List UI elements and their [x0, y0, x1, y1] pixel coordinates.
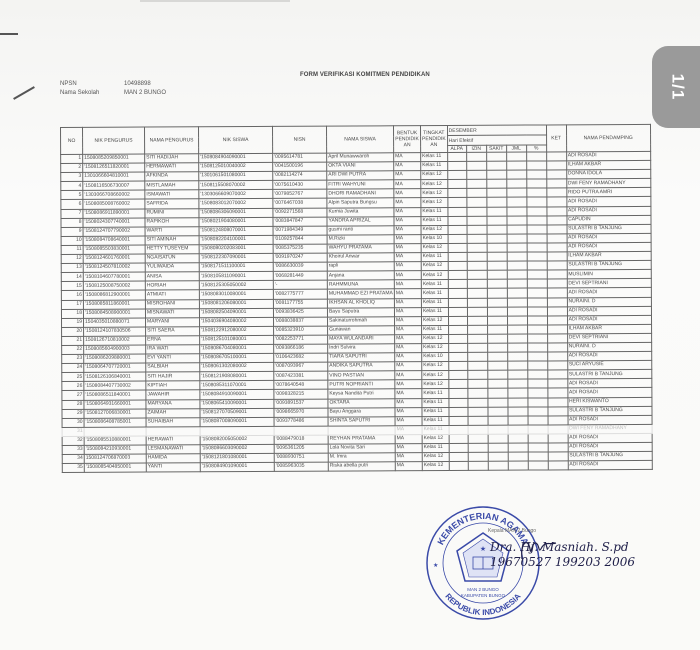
cell-tingkat: Kelas 12: [422, 453, 449, 462]
attendance-cell: [546, 170, 566, 179]
cell-nik-pengurus: 1508126710810002: [84, 336, 146, 345]
header-sakit: SAKIT: [486, 145, 506, 152]
attendance-cell: [468, 443, 488, 452]
attendance-cell: [448, 380, 467, 389]
cell-bentuk: MA: [394, 298, 421, 307]
attendance-cell: [467, 352, 487, 361]
cell-tingkat: Kelas 12: [422, 371, 449, 380]
cell-nisn: '0075610430: [273, 180, 327, 189]
attendance-cell: [507, 316, 527, 325]
cell-tingkat: Kelas 11: [421, 162, 448, 171]
header-hari-efektif: Hari Efektif: [447, 135, 546, 146]
attendance-cell: [487, 325, 507, 334]
pen-mark: [0, 33, 18, 35]
cell-nama-siswa: SHINTA SAPUTRI: [328, 416, 395, 425]
cell-nik-siswa: '1508125305050002: [199, 281, 273, 290]
cell-nama-pengurus: WARTI: [145, 227, 199, 236]
cell-nik-siswa: '1508065410090001: [200, 399, 274, 408]
cell-pendamping: CAPUDIN: [567, 215, 651, 225]
cell-nama-siswa: Khoirul Anwar: [327, 253, 394, 262]
attendance-cell: [507, 243, 527, 252]
attendance-cell: [468, 434, 488, 443]
cell-nama-pengurus: MISTLAMAH: [145, 181, 199, 190]
cell-nik-pengurus: '1508085510880001: [84, 436, 146, 445]
attendance-cell: [448, 389, 467, 398]
cell-nik-siswa: '1504036904080002: [199, 317, 273, 326]
attendance-cell: [546, 179, 566, 188]
cell-nama-pengurus: SITI HADIJAH: [145, 154, 199, 163]
cell-nik-siswa: '1508087008090001: [200, 417, 274, 426]
attendance-cell: [467, 261, 487, 270]
cell-nama-siswa: Anjana: [327, 271, 394, 280]
attendance-cell: [506, 161, 526, 170]
attendance-cell: [546, 152, 566, 161]
cell-bentuk: MA: [395, 334, 422, 343]
attendance-cell: [487, 225, 507, 234]
cell-no: 5: [61, 191, 83, 200]
cell-no: 12: [61, 254, 83, 263]
attendance-cell: [449, 434, 468, 443]
attendance-cell: [467, 298, 487, 307]
cell-bentuk: MA: [395, 407, 422, 416]
attendance-cell: [487, 370, 507, 379]
cell-nik-pengurus: '1508124601760001: [83, 254, 145, 263]
attendance-cell: [487, 343, 507, 352]
attendance-cell: [547, 288, 567, 297]
cell-pendamping: NURAINI. D: [567, 342, 651, 352]
cell-no: 34: [62, 454, 84, 463]
attendance-cell: [547, 306, 567, 315]
cell-bentuk: MA: [395, 362, 422, 371]
header-bentuk-pendidikan: BENTUK PENDIDIK AN: [393, 126, 420, 153]
cell-nama-siswa: Riska abella putri: [328, 462, 395, 471]
cell-bentuk: MA: [394, 253, 421, 262]
cell-nama-siswa: YANDRA APRIZAL: [327, 216, 394, 225]
cell-tingkat: Kelas 11: [422, 389, 449, 398]
cell-nama-siswa: PUTRI NOPRIANTI: [328, 380, 395, 389]
cell-nik-siswa: '1508125010040002: [199, 162, 273, 171]
cell-nisn: '-: [273, 280, 327, 289]
attendance-cell: [467, 270, 487, 279]
cell-nama-pengurus: ANISA: [145, 272, 199, 281]
attendance-cell: [468, 425, 488, 434]
attendance-cell: [487, 307, 507, 316]
attendance-cell: [448, 316, 467, 325]
cell-nik-pengurus: '1508064931660001: [84, 400, 146, 409]
attendance-cell: [507, 298, 527, 307]
cell-pendamping: ADI ROSADI: [567, 306, 651, 316]
cell-tingkat: Kelas 12: [422, 334, 449, 343]
cell-nama-siswa: VINO PASTIAN: [328, 371, 395, 380]
attendance-cell: [447, 198, 466, 207]
cell-nama-siswa: Keysa Nandita Putri: [328, 389, 395, 398]
attendance-cell: [467, 234, 487, 243]
cell-bentuk: MA: [395, 353, 422, 362]
header-tingkat-pendidikan: TINGKAT PENDIDIK AN: [420, 125, 447, 152]
cell-no: 3: [61, 173, 83, 182]
attendance-cell: [547, 270, 567, 279]
attendance-cell: [548, 452, 568, 461]
cell-nik-siswa: '1508105811090001: [199, 272, 273, 281]
attendance-cell: [448, 243, 467, 252]
cell-nik-pengurus: '1508116506730007: [83, 181, 145, 190]
cell-tingkat: Kelas 11: [421, 298, 448, 307]
header-nik-siswa: NIK SISWA: [199, 126, 273, 153]
cell-tingkat: Kelas 12: [421, 171, 448, 180]
attendance-cell: [467, 334, 487, 343]
cell-bentuk: MA: [394, 180, 421, 189]
attendance-cell: [528, 461, 548, 470]
cell-no: 21: [62, 336, 84, 345]
attendance-cell: [467, 389, 487, 398]
attendance-cell: [507, 343, 527, 352]
cell-nama-siswa: April Munawwaroh: [327, 153, 394, 162]
cell-nik-pengurus: '1508086911890001: [83, 209, 145, 218]
cell-nik-pengurus: '1508086209880001: [84, 354, 146, 363]
cell-nama-siswa: Bayu Anggara: [328, 407, 395, 416]
attendance-cell: [547, 252, 567, 261]
attendance-cell: [508, 461, 528, 470]
cell-bentuk: MA: [394, 198, 421, 207]
cell-pendamping: HERI KISWANTO: [568, 397, 652, 407]
attendance-cell: [488, 416, 508, 425]
cell-tingkat: Kelas 12: [422, 462, 449, 471]
cell-nama-siswa: Alpin Saputra Bungsu: [327, 198, 394, 207]
cell-nik-pengurus: '1508084407730002: [84, 381, 146, 390]
attendance-cell: [546, 161, 566, 170]
cell-nik-pengurus: '1508084708640001: [83, 236, 145, 245]
cell-pendamping: DWI FENY RAMADHANY: [568, 424, 652, 434]
svg-text:KABUPATEN BUNGO: KABUPATEN BUNGO: [461, 593, 506, 598]
cell-nama-siswa: M.Rizki: [327, 235, 394, 244]
cell-tingkat: Kelas 11: [421, 216, 448, 225]
attendance-cell: [547, 361, 567, 370]
cell-bentuk: MA: [394, 189, 421, 198]
cell-tingkat: Kelas 12: [422, 343, 449, 352]
cell-no: 15: [61, 282, 83, 291]
attendance-cell: [507, 334, 527, 343]
cell-no: 29: [62, 409, 84, 418]
cell-nik-pengurus: 1508085604900003: [84, 345, 146, 354]
attendance-cell: [448, 371, 467, 380]
attendance-cell: [447, 171, 466, 180]
attendance-cell: [508, 434, 528, 443]
cell-nama-siswa: gusmi ranti: [327, 226, 394, 235]
attendance-cell: [486, 189, 506, 198]
cell-pendamping: ADI ROSADI: [568, 461, 652, 471]
cell-bentuk: MA: [394, 289, 421, 298]
attendance-cell: [547, 334, 567, 343]
cell-no: 19: [62, 318, 84, 327]
cell-nisn: '0068281449: [273, 271, 327, 280]
cell-nama-siswa: M. Imra: [328, 453, 395, 462]
cell-nik-siswa: '1508121801080001: [200, 453, 274, 462]
cell-nisn: '0088479018: [274, 435, 328, 444]
cell-tingkat: Kelas 11: [422, 416, 449, 425]
attendance-cell: [448, 207, 467, 216]
cell-pendamping: ADI ROSADI: [567, 315, 651, 325]
cell-tingkat: Kelas 12: [422, 380, 449, 389]
cell-nama-siswa: FITRI WAHYUNI: [327, 180, 394, 189]
attendance-cell: [547, 216, 567, 225]
cell-nama-siswa: IKHSAN AL KHOLIQ: [327, 298, 394, 307]
page-indicator-badge: 1/1: [652, 46, 700, 128]
cell-pendamping: NURAINI. D: [567, 297, 651, 307]
paper-fold-shadow: [140, 0, 290, 2]
attendance-cell: [466, 198, 486, 207]
cell-tingkat: Kelas 12: [421, 262, 448, 271]
attendance-cell: [507, 270, 527, 279]
attendance-cell: [527, 370, 547, 379]
cell-nik-pengurus: 1504035010880071: [84, 318, 146, 327]
cell-nik-siswa: '1508127070509001: [200, 408, 274, 417]
attendance-cell: [487, 352, 507, 361]
cell-no: 16: [61, 291, 83, 300]
cell-nik-siswa: '1508122912080002: [200, 326, 274, 335]
cell-nik-pengurus: '1303066708660002: [83, 190, 145, 199]
attendance-cell: [448, 343, 467, 352]
cell-bentuk: MA: [395, 389, 422, 398]
attendance-cell: [547, 370, 567, 379]
cell-nik-siswa: '1508085311070001: [200, 381, 274, 390]
cell-no: 9: [61, 227, 83, 236]
cell-nisn: '0095361205: [274, 444, 328, 453]
attendance-cell: [507, 234, 527, 243]
cell-no: 30: [62, 418, 84, 427]
attendance-cell: [468, 452, 488, 461]
attendance-cell: [527, 243, 547, 252]
attendance-cell: [507, 252, 527, 261]
cell-tingkat: Kelas 11: [422, 407, 449, 416]
attendance-cell: [487, 243, 507, 252]
cell-nisn: '0095614781: [273, 153, 327, 162]
cell-nik-pengurus: '1508126511820001: [83, 163, 145, 172]
cell-nik-siswa: '1508086603090002: [200, 444, 274, 453]
attendance-cell: [547, 379, 567, 388]
cell-nik-pengurus: [84, 427, 146, 436]
cell-no: 27: [62, 391, 84, 400]
attendance-cell: [467, 243, 487, 252]
cell-nik-siswa: '1508082204100001: [199, 235, 273, 244]
attendance-cell: [546, 188, 566, 197]
attendance-cell: [467, 371, 487, 380]
attendance-cell: [526, 152, 546, 161]
attendance-cell: [548, 461, 568, 470]
cell-no: 17: [61, 300, 83, 309]
attendance-cell: [526, 197, 546, 206]
cell-nisn: '0106423682: [274, 353, 328, 362]
attendance-cell: [527, 297, 547, 306]
cell-nama-siswa: WAHYU PRATAMA: [327, 244, 394, 253]
cell-no: 25: [62, 373, 84, 382]
cell-nama-pengurus: SUHAIBAH: [146, 417, 200, 426]
cell-nisn: '0093836425: [273, 308, 327, 317]
cell-no: 22: [62, 345, 84, 354]
cell-pendamping: ADI ROSADI: [567, 288, 651, 298]
cell-tingkat: Kelas 10: [422, 353, 449, 362]
attendance-cell: [487, 389, 507, 398]
cell-nama-siswa: Sakinaturrohmah: [327, 316, 394, 325]
cell-nisn: '0092271568: [273, 208, 327, 217]
attendance-cell: [447, 180, 466, 189]
cell-bentuk: MA: [394, 216, 421, 225]
attendance-cell: [527, 252, 547, 261]
cell-nisn: '0081177755: [273, 299, 327, 308]
attendance-cell: [527, 307, 547, 316]
attendance-cell: [547, 206, 567, 215]
attendance-cell: [448, 225, 467, 234]
cell-bentuk: MA: [394, 162, 421, 171]
attendance-cell: [506, 152, 526, 161]
attendance-cell: [507, 370, 527, 379]
cell-pendamping: ADI ROSADI: [566, 151, 650, 161]
cell-bentuk: MA: [394, 280, 421, 289]
attendance-cell: [447, 152, 466, 161]
verification-table: NO NIK PENGURUS NAMA PENGURUS NIK SISWA …: [60, 124, 652, 473]
pen-mark: [13, 86, 35, 100]
cell-nisn: '0093891537: [274, 399, 328, 408]
attendance-cell: [547, 316, 567, 325]
attendance-cell: [527, 325, 547, 334]
attendance-cell: [487, 279, 507, 288]
cell-pendamping: ILHAM AKBAR: [566, 161, 650, 171]
cell-bentuk: MA: [395, 325, 422, 334]
cell-nama-pengurus: YULIWAIDA: [145, 263, 199, 272]
cell-nik-pengurus: '1508064707720001: [84, 363, 146, 372]
header-no: NO: [61, 127, 83, 154]
attendance-cell: [448, 280, 467, 289]
cell-nik-pengurus: '1508127006830001: [84, 409, 146, 418]
cell-nisn: '0082775777: [273, 290, 327, 299]
cell-nik-pengurus: '1508084508900001: [83, 309, 145, 318]
signature-block: Dra. Hj. Masniah. S.pd 19670527 199203 2…: [490, 540, 635, 570]
cell-nama-pengurus: HERAWATI: [146, 436, 200, 445]
cell-nik-pengurus: 1508085209850001: [83, 154, 145, 163]
attendance-cell: [448, 234, 467, 243]
cell-nik-siswa: '1508081206080001: [199, 299, 273, 308]
cell-bentuk: MA: [395, 462, 422, 471]
scanned-document-page: 1/1 FORM VERIFIKASI KOMITMEN PENDIDIKAN …: [0, 0, 700, 650]
attendance-cell: [487, 298, 507, 307]
cell-nik-siswa: '1508121908080001: [200, 372, 274, 381]
cell-nama-pengurus: NGAISATUN: [145, 254, 199, 263]
cell-no: 13: [61, 264, 83, 273]
attendance-cell: [487, 261, 507, 270]
attendance-cell: [548, 416, 568, 425]
signatory-name: Dra. Hj. Masniah. S.pd: [490, 540, 635, 555]
cell-nik-siswa: '1508084901090001: [200, 463, 274, 472]
form-title: FORM VERIFIKASI KOMITMEN PENDIDIKAN: [300, 72, 430, 78]
attendance-cell: [487, 270, 507, 279]
cell-nik-pengurus: '1508086511840001: [84, 390, 146, 399]
header-nisn: NISN: [272, 126, 326, 153]
npsn-label: NPSN: [60, 80, 124, 89]
cell-nisn: '0076467038: [273, 199, 327, 208]
cell-nik-siswa: '1508171511100001: [199, 263, 273, 272]
attendance-cell: [526, 188, 546, 197]
attendance-cell: [468, 407, 488, 416]
attendance-cell: [448, 307, 467, 316]
npsn-value: 10498898: [124, 80, 151, 89]
attendance-cell: [527, 216, 547, 225]
cell-pendamping: ADI ROSADI: [567, 379, 651, 389]
attendance-cell: [486, 170, 506, 179]
cell-nama-pengurus: LESMANAWATI: [146, 445, 200, 454]
cell-nisn: '0079852767: [273, 189, 327, 198]
attendance-cell: [488, 443, 508, 452]
attendance-cell: [448, 289, 467, 298]
cell-bentuk: MA: [395, 416, 422, 425]
cell-nama-pengurus: MARYANI: [145, 317, 199, 326]
cell-nisn: '0078640548: [274, 380, 328, 389]
attendance-cell: [528, 416, 548, 425]
cell-nama-pengurus: HERMAWATI: [145, 163, 199, 172]
attendance-cell: [449, 398, 468, 407]
svg-text:★: ★: [480, 545, 486, 553]
attendance-cell: [507, 216, 527, 225]
cell-nama-siswa: [328, 426, 395, 435]
signatory-nip: 19670527 199203 2006: [490, 555, 635, 570]
cell-pendamping: SULASTRI B TANJUNG: [568, 451, 652, 461]
cell-nik-siswa: '1508021904080001: [199, 217, 273, 226]
attendance-cell: [448, 298, 467, 307]
attendance-cell: [447, 161, 466, 170]
table-body: 11508085209850001SITI HADIJAH'1508084904…: [61, 151, 652, 472]
attendance-cell: [527, 225, 547, 234]
cell-nisn: '0109257844: [273, 235, 327, 244]
attendance-cell: [488, 434, 508, 443]
cell-nama-pengurus: HETTY TUSEYEM: [145, 245, 199, 254]
cell-bentuk: MA: [395, 425, 422, 434]
cell-no: 20: [62, 327, 84, 336]
attendance-cell: [486, 198, 506, 207]
signature-caption: Kepala MAN 2 Bungo: [488, 528, 536, 534]
attendance-cell: [448, 352, 467, 361]
cell-nik-pengurus: '1508086812900001: [83, 290, 145, 299]
cell-tingkat: Kelas 12: [422, 362, 449, 371]
attendance-cell: [488, 407, 508, 416]
attendance-cell: [508, 425, 528, 434]
cell-nisn: '0071984349: [273, 226, 327, 235]
cell-nama-pengurus: EVI YANTI: [146, 354, 200, 363]
attendance-cell: [508, 398, 528, 407]
cell-bentuk: MA: [394, 234, 421, 243]
cell-pendamping: ADI ROSADI: [568, 442, 652, 452]
attendance-cell: [527, 343, 547, 352]
attendance-cell: [449, 462, 468, 471]
attendance-cell: [507, 307, 527, 316]
attendance-cell: [507, 379, 527, 388]
attendance-cell: [448, 325, 467, 334]
cell-no: 4: [61, 182, 83, 191]
attendance-cell: [548, 443, 568, 452]
attendance-cell: [506, 179, 526, 188]
attendance-cell: [467, 325, 487, 334]
attendance-cell: [467, 380, 487, 389]
cell-bentuk: MA: [394, 207, 421, 216]
attendance-cell: [487, 334, 507, 343]
cell-tingkat: Kelas 11: [422, 425, 449, 434]
attendance-cell: [488, 425, 508, 434]
cell-bentuk: MA: [394, 271, 421, 280]
cell-nisn: '0098665970: [274, 408, 328, 417]
cell-nik-siswa: '1508086704080001: [200, 344, 274, 353]
attendance-cell: [487, 207, 507, 216]
cell-nama-siswa: DHORI RAMADHANI: [327, 189, 394, 198]
cell-nama-pengurus: HORIAH: [145, 281, 199, 290]
attendance-cell: [449, 425, 468, 434]
attendance-cell: [527, 334, 547, 343]
